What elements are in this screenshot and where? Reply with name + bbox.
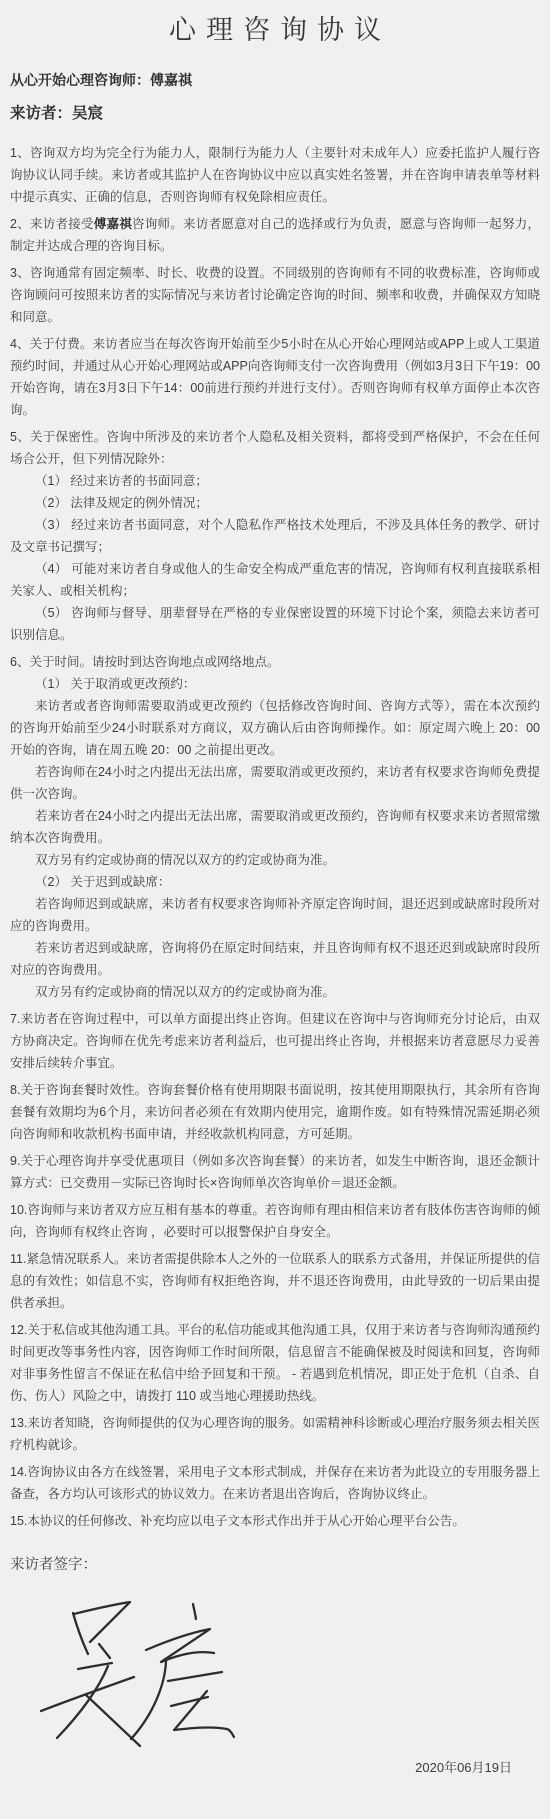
clause-9: 9.关于心理咨询并享受优惠项目（例如多次咨询套餐）的来访者，如发生中断咨询，退还… (10, 1150, 540, 1194)
clause-14: 14.咨询协议由各方在线签署，采用电子文本形式制成，并保存在来访者为此设立的专用… (10, 1461, 540, 1505)
agreement-document: 心理咨询协议 从心开始心理咨询师：傅嘉祺 来访者：吴宸 1、咨询双方均为完全行为… (0, 0, 550, 1819)
counselor-name-bold: 傅嘉祺 (94, 217, 132, 231)
clause-5-item-5: （5） 咨询师与督导、朋辈督导在严格的专业保密设置的环境下讨论个案，须隐去来访者… (10, 602, 540, 646)
clause-6-item-5: 双方另有约定或协商的情况以双方的约定或协商为准。 (10, 849, 540, 871)
clause-5: 5、关于保密性。咨询中所涉及的来访者个人隐私及相关资料，都将受到严格保护，不会在… (10, 426, 540, 646)
clause-11: 11.紧急情况联系人。来访者需提供除本人之外的一位联系人的联系方式备用，并保证所… (10, 1248, 540, 1314)
clause-5-item-3: （3） 经过来访者书面同意，对个人隐私作严格技术处理后，不涉及具体任务的教学、研… (10, 514, 540, 558)
clause-12: 12.关于私信或其他沟通工具。平台的私信功能或其他沟通工具，仅用于来访者与咨询师… (10, 1319, 540, 1407)
counselor-line: 从心开始心理咨询师：傅嘉祺 (10, 70, 540, 90)
signature-date: 2020年06月19日 (10, 1757, 540, 1779)
clause-6-item-1: （1） 关于取消或更改预约： (10, 673, 540, 695)
clause-2: 2、来访者接受傅嘉祺咨询师。来访者愿意对自己的选择或行为负责，愿意与咨询师一起努… (10, 213, 540, 257)
clause-3: 3、咨询通常有固定频率、时长、收费的设置。不同级别的咨询师有不同的收费标准，咨询… (10, 262, 540, 328)
clause-6-intro: 6、关于时间。请按时到达咨询地点或网络地点。 (10, 651, 540, 673)
signature-drawing (24, 1580, 254, 1755)
clause-10: 10.咨询师与来访者双方应互相有基本的尊重。若咨询师有理由相信来访者有肢体伤害咨… (10, 1199, 540, 1243)
clause-6-item-6: （2） 关于迟到或缺席： (10, 871, 540, 893)
page-title: 心理咨询协议 (10, 14, 540, 46)
clause-8: 8.关于咨询套餐时效性。咨询套餐价格有使用期限书面说明，按其使用期限执行，其余所… (10, 1079, 540, 1145)
clause-2-prefix: 2、来访者接受 (10, 217, 94, 231)
clause-5-item-1: （1） 经过来访者的书面同意； (10, 470, 540, 492)
clause-4: 4、关于付费。来访者应当在每次咨询开始前至少5小时在从心开始心理网站或APP上或… (10, 333, 540, 421)
clause-5-item-2: （2） 法律及规定的例外情况； (10, 492, 540, 514)
clause-13: 13.来访者知晓，咨询师提供的仅为心理咨询的服务。如需精神科诊断或心理治疗服务须… (10, 1412, 540, 1456)
clause-5-intro: 5、关于保密性。咨询中所涉及的来访者个人隐私及相关资料，都将受到严格保护，不会在… (10, 426, 540, 470)
clause-7: 7.来访者在咨询过程中，可以单方面提出终止咨询。但建议在咨询中与咨询师充分讨论后… (10, 1008, 540, 1074)
clause-6-item-7: 若咨询师迟到或缺席，来访者有权要求咨询师补齐原定咨询时间，退还迟到或缺席时段所对… (10, 893, 540, 937)
clause-6: 6、关于时间。请按时到达咨询地点或网络地点。 （1） 关于取消或更改预约： 来访… (10, 651, 540, 1003)
clause-1: 1、咨询双方均为完全行为能力人，限制行为能力人（主要针对未成年人）应委托监护人履… (10, 142, 540, 208)
clause-6-item-3: 若咨询师在24小时之内提出无法出席，需要取消或更改预约，来访者有权要求咨询师免费… (10, 761, 540, 805)
signature-label: 来访者签字： (10, 1554, 540, 1576)
clause-15: 15.本协议的任何修改、补充均应以电子文本形式作出并于从心开始心理平台公告。 (10, 1510, 540, 1532)
clause-6-item-2: 来访者或者咨询师需要取消或更改预约（包括修改咨询时间、咨询方式等），需在本次预约… (10, 695, 540, 761)
clause-6-item-8: 若来访者迟到或缺席，咨询将仍在原定时间结束，并且咨询师有权不退还迟到或缺席时段所… (10, 937, 540, 981)
clause-6-item-4: 若来访者在24小时之内提出无法出席，需要取消或更改预约，咨询师有权要求来访者照常… (10, 805, 540, 849)
clause-5-item-4: （4） 可能对来访者自身或他人的生命安全构成严重危害的情况，咨询师有权利直接联系… (10, 558, 540, 602)
visitor-line: 来访者：吴宸 (10, 103, 540, 124)
visitor-signature (24, 1580, 540, 1755)
clause-6-item-9: 双方另有约定或协商的情况以双方的约定或协商为准。 (10, 981, 540, 1003)
